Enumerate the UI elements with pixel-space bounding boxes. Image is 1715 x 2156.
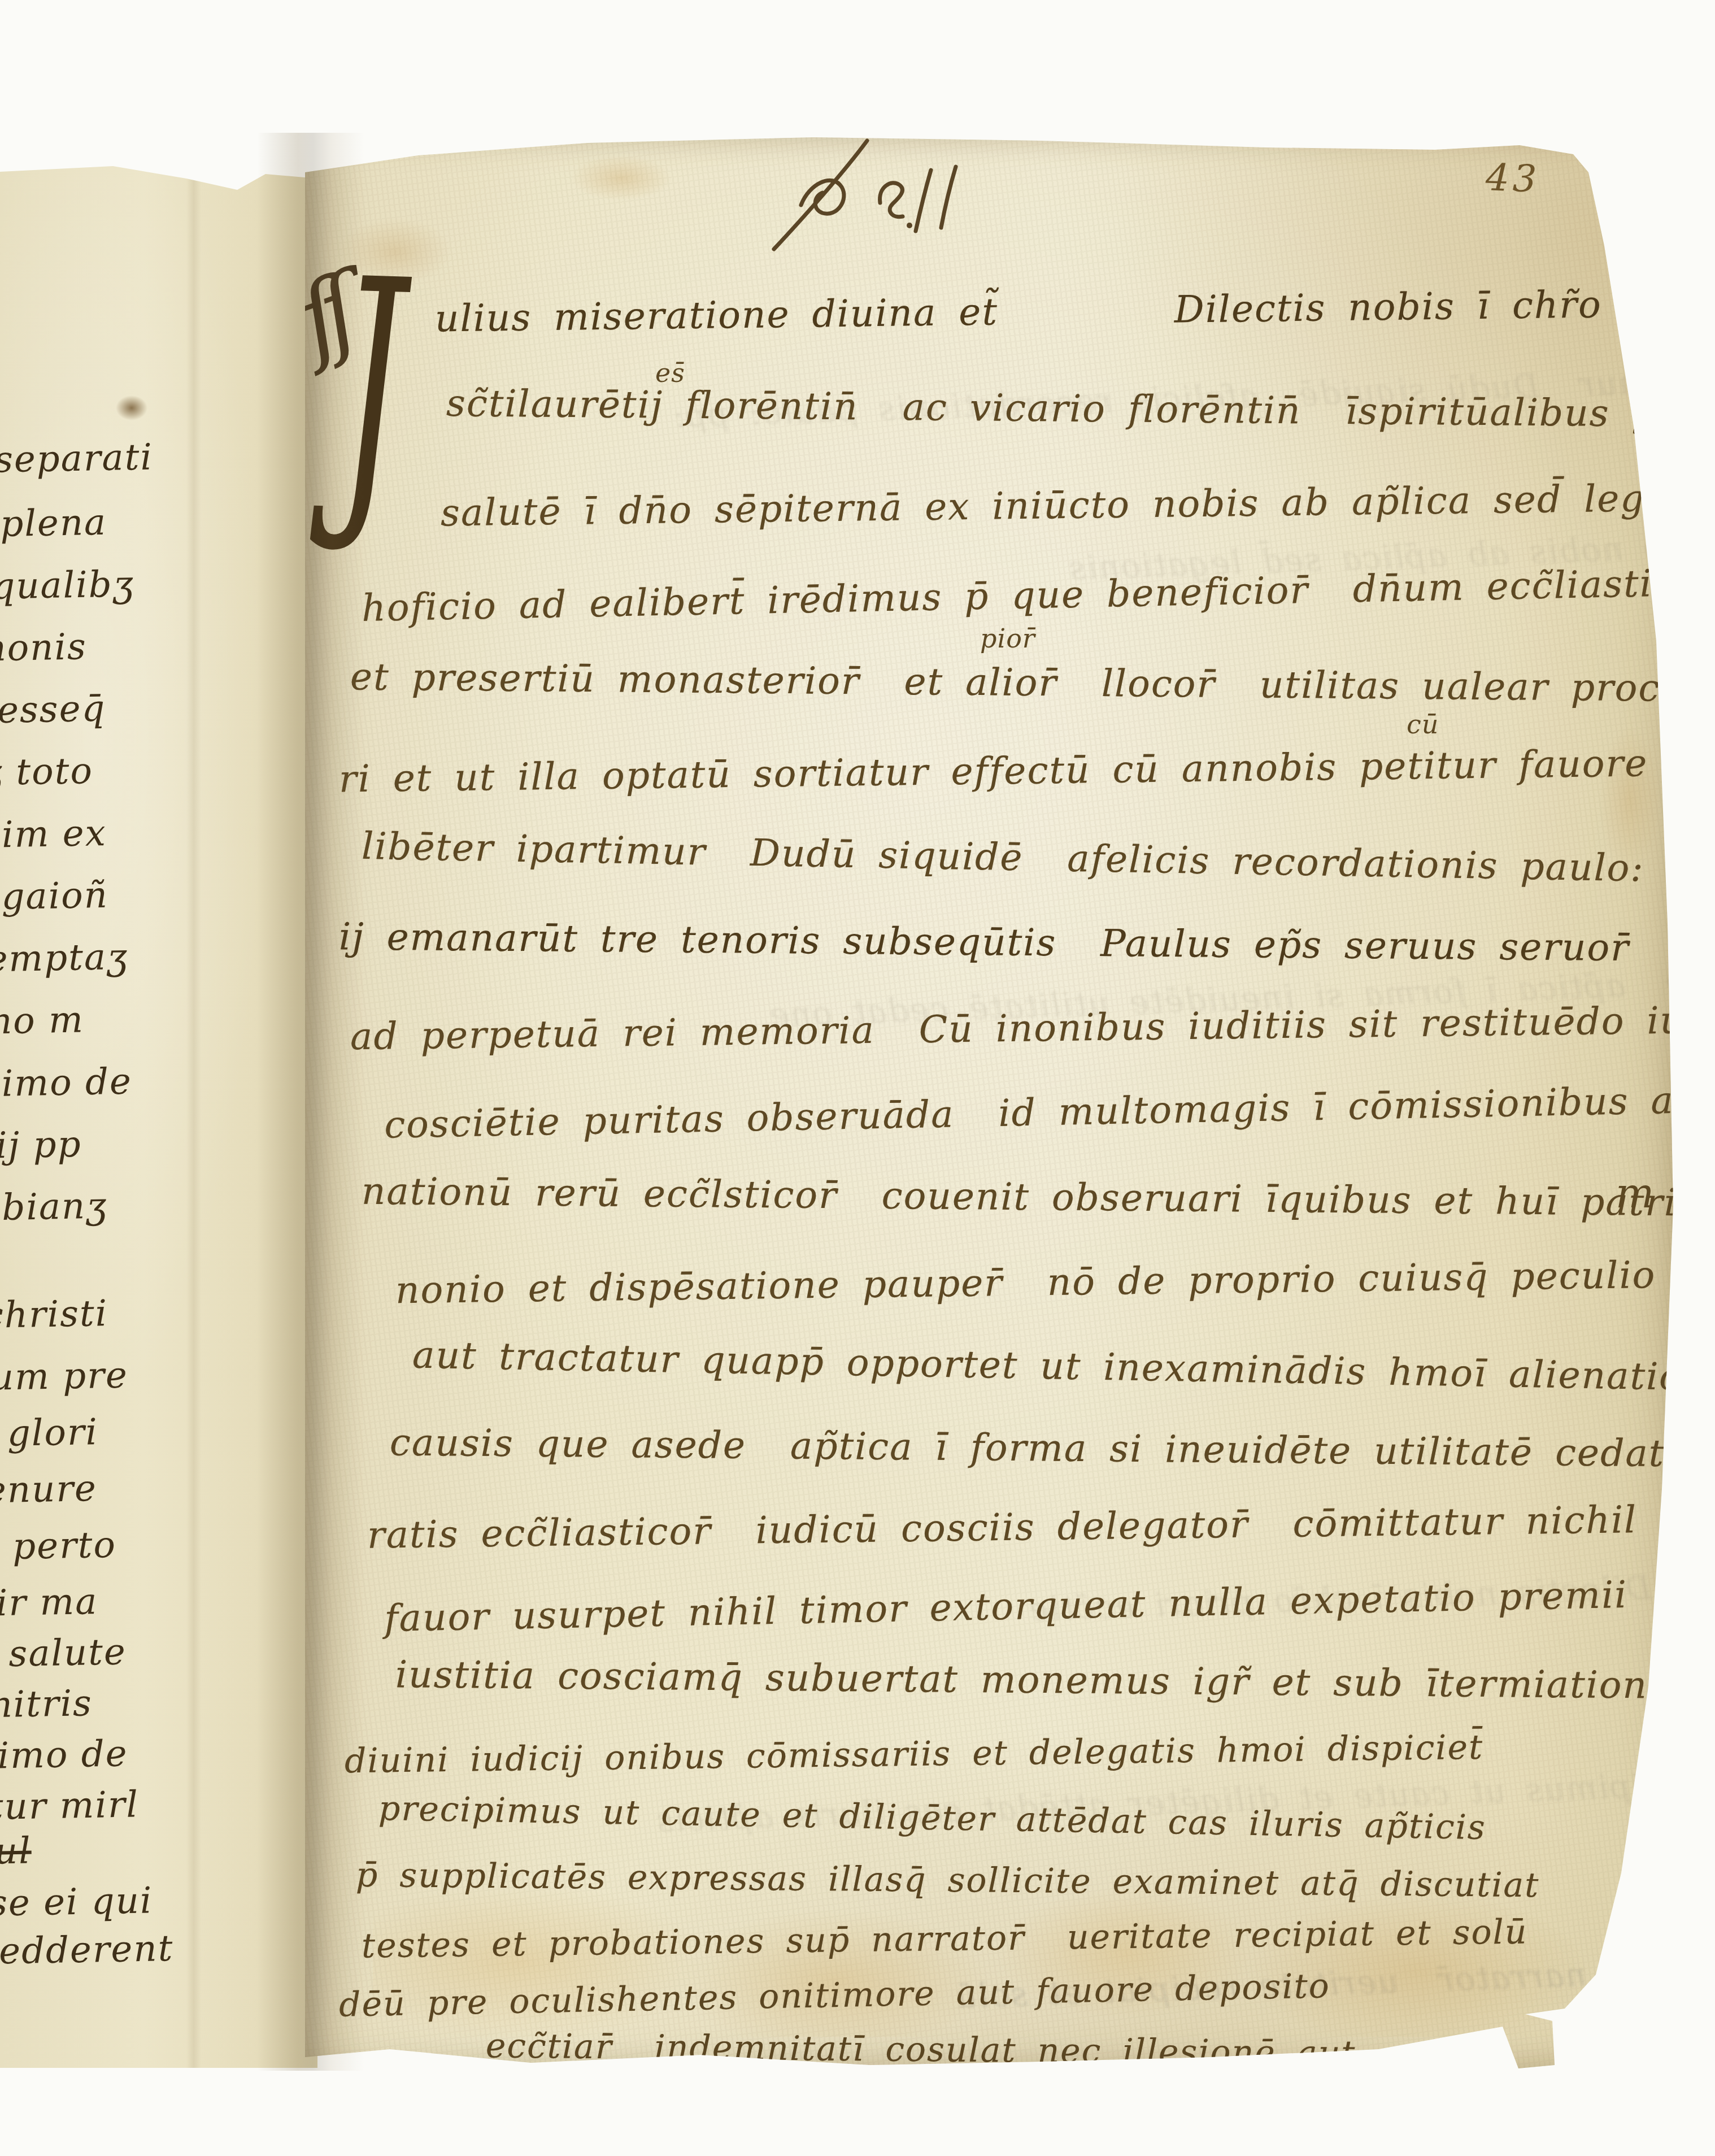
marginal-fragment: e perto xyxy=(0,1524,117,1568)
marginal-fragment: a gaioñ xyxy=(0,875,108,919)
facing-page-edge: separati ʒ plena q̄ qualibʒ monis m esse… xyxy=(0,164,317,2068)
marginal-fragment: dimo de xyxy=(0,1061,132,1106)
text-line: diuini iudicij onibus cōmissariis et del… xyxy=(345,1728,1484,1781)
marginal-fragment: ij pp xyxy=(0,1124,82,1167)
marginal-fragment: dum pre xyxy=(0,1355,128,1399)
text-line: hoficio ad ealibert̄ irēdimus p̄ que ben… xyxy=(361,560,1715,630)
text-line: ulius miseratione diuina et̃ Dilectis no… xyxy=(435,279,1715,340)
marginal-fragment: cʒ toto xyxy=(0,750,93,794)
marginal-fragment: separati xyxy=(0,437,153,481)
text-line: iustitia cosciamq̄ subuertat monemus igr… xyxy=(395,1653,1672,1707)
marginal-fragment: denure xyxy=(0,1468,97,1512)
interlinear-addition: pior̄ xyxy=(980,623,1035,654)
text-line: ri et ut illa optatū sortiatur effectū c… xyxy=(339,740,1715,801)
marginal-fragment: onitris xyxy=(0,1683,93,1727)
drop-cap-initial: J xyxy=(337,240,405,536)
margin-catch-letter: m xyxy=(1616,1170,1655,1217)
marginal-fragment: q̄ qualibʒ xyxy=(0,563,134,608)
text-line: cosciētie puritas obseruāda id multomagi… xyxy=(384,1077,1715,1147)
marginal-fragment: ro salute xyxy=(0,1631,127,1676)
text-line: aut tractatur quapp̄ opportet ut inexami… xyxy=(412,1333,1715,1400)
marginal-fragment: monis xyxy=(0,626,87,670)
interlinear-addition: es̄ xyxy=(655,358,685,388)
marginal-fragment: christi xyxy=(0,1293,108,1337)
marginal-fragment: habianʒ xyxy=(0,1185,108,1230)
marginal-fragment: no m xyxy=(0,999,84,1043)
text-line: libēter ipartimur Dudū siquidē afelicis … xyxy=(362,824,1715,892)
text-line: ecc̃tiar̄ indemnitatī cosulat nec illesi… xyxy=(486,2026,1356,2073)
folio-number: 43 xyxy=(1485,155,1541,201)
text-line: causis que asede ap̃tica ī forma si ineu… xyxy=(390,1420,1715,1476)
marginal-fragment: dir ma xyxy=(0,1581,98,1625)
marginal-fragment: etur mirl xyxy=(0,1784,140,1828)
marginal-fragment: se ei qui xyxy=(0,1880,153,1924)
marginal-fragment: m esseq̄ xyxy=(0,688,106,733)
interlinear-addition: cū xyxy=(1407,709,1439,740)
manuscript-page: libēter ipartimur Dudū siquidē afelicis … xyxy=(305,133,1675,2071)
ink-spot xyxy=(116,395,147,420)
manuscript-scan: separati ʒ plena q̄ qualibʒ monis m esse… xyxy=(0,0,1715,2156)
marginal-fragment: o glori xyxy=(0,1411,99,1455)
text-line: p̄ supplicatēs expressas illasq̄ sollici… xyxy=(356,1855,1540,1905)
text-line: ratis ecc̃liasticor̄ iudicū cosciis dele… xyxy=(367,1498,1638,1557)
text-line: fauor usurpet nihil timor extorqueat nul… xyxy=(384,1573,1627,1640)
marginal-fragment: attemptaʒ xyxy=(0,936,129,981)
text-line: dēū pre oculishentes onitimore aut fauor… xyxy=(338,1966,1330,2025)
marginal-fragment: vedderent xyxy=(0,1928,174,1973)
marginal-fragment: ʒ plena xyxy=(0,502,107,546)
invocation-monogram-icon xyxy=(757,136,994,255)
text-line: nationū rerū ecc̃lsticor̄ couenit obseru… xyxy=(362,1170,1678,1224)
text-line: nonio et dispēsatione pauper̄ nō de prop… xyxy=(395,1251,1715,1312)
marginal-fragment-struck: ul xyxy=(0,1830,32,1872)
marginal-fragment: him ex xyxy=(0,812,107,857)
text-line: et presertiū monasterior̄ et alior̄ lloc… xyxy=(350,655,1715,710)
text-line: salutē ī dn̄o sēpiternā ex iniūcto nobis… xyxy=(441,475,1715,535)
stain xyxy=(571,155,672,201)
text-line: ij emanarūt tre tenoris subseqūtis Paulu… xyxy=(339,915,1715,971)
text-line: testes et probationes sup̄ narrator̄ uer… xyxy=(362,1912,1528,1966)
marginal-fragment: inimo de xyxy=(0,1733,128,1777)
